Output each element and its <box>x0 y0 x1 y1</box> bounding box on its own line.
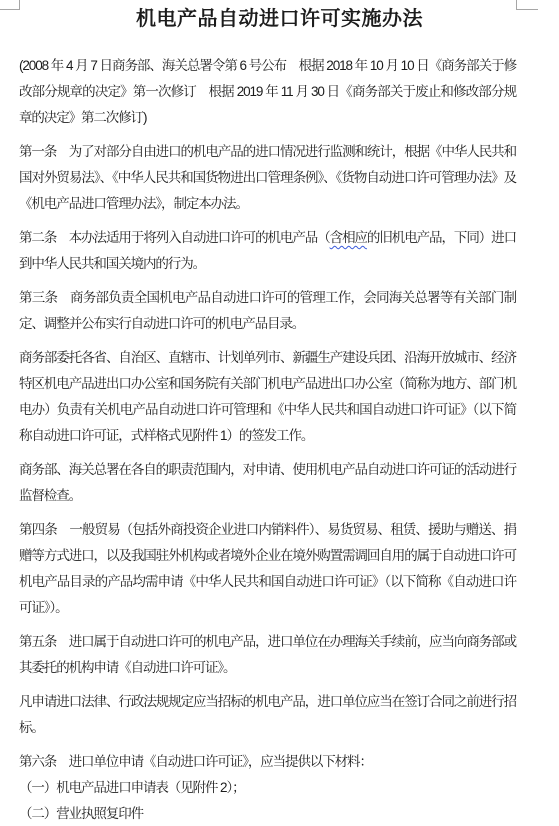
article-6: 第六条 进口单位申请《自动进口许可证》，应当提供以下材料： （一）机电产品进口申… <box>19 749 516 826</box>
article-6-item-1: （一）机电产品进口申请表（见附件 2）； <box>19 775 516 801</box>
article-3-para-3: 商务部、海关总署在各自的职责范围内，对申请、使用机电产品自动进口许可证的活动进行… <box>19 457 516 509</box>
promulgation-note: (2008 年 4 月 7 日商务部、海关总署令第 6 号公布 根据 2018 … <box>19 53 516 131</box>
article-2-text-pre: 第二条 本办法适用于将列入自动进口许可的机电产品（ <box>19 230 330 245</box>
spellcheck-flagged-text: 含相应 <box>330 230 367 245</box>
article-4: 第四条 一般贸易（包括外商投资企业进口内销料件）、易货贸易、租赁、援助与赠送、捐… <box>19 517 516 621</box>
article-5-para-2: 凡申请进口法律、行政法规规定应当招标的机电产品，进口单位应当在签订合同之前进行招… <box>19 689 516 741</box>
article-6-intro: 第六条 进口单位申请《自动进口许可证》，应当提供以下材料： <box>19 749 516 775</box>
article-2: 第二条 本办法适用于将列入自动进口许可的机电产品（含相应的旧机电产品，下同）进口… <box>19 225 516 277</box>
article-6-item-2: （二）营业执照复印件 <box>19 801 516 826</box>
article-3-para-1: 第三条 商务部负责全国机电产品自动进口许可的管理工作，会同海关总署等有关部门制定… <box>19 285 516 337</box>
article-5-para-1: 第五条 进口属于自动进口许可的机电产品，进口单位在办理海关手续前，应当向商务部或… <box>19 629 516 681</box>
document-page: 机电产品自动进口许可实施办法 (2008 年 4 月 7 日商务部、海关总署令第… <box>0 0 559 826</box>
article-1: 第一条 为了对部分自由进口的机电产品的进口情况进行监测和统计，根据《中华人民共和… <box>19 139 516 217</box>
article-3-para-2: 商务部委托各省、自治区、直辖市、计划单列市、新疆生产建设兵团、沿海开放城市、经济… <box>19 345 516 449</box>
document-content: 机电产品自动进口许可实施办法 (2008 年 4 月 7 日商务部、海关总署令第… <box>19 5 516 826</box>
document-title: 机电产品自动进口许可实施办法 <box>0 5 559 53</box>
